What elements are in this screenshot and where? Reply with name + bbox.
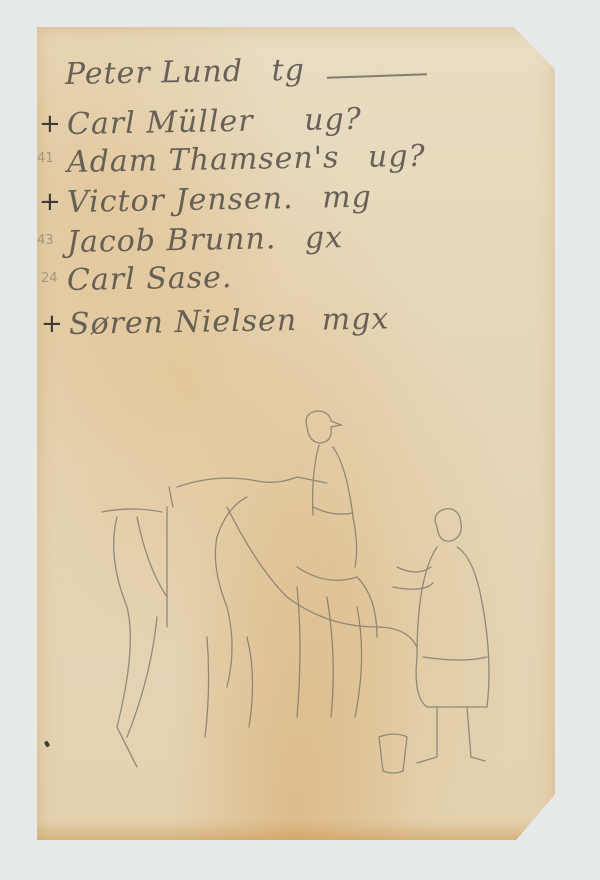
person-name: Peter Lund — [65, 54, 244, 92]
margin-number: 24 — [41, 271, 58, 286]
list-item: Carl Sase. — [67, 260, 233, 298]
person-name: Adam Thamsen's — [67, 140, 340, 180]
ink-speck — [44, 740, 50, 747]
person-note: tg — [271, 53, 305, 89]
horse-figure — [102, 477, 417, 767]
bucket — [379, 734, 407, 773]
list-item: Søren Nielsen mgx — [69, 301, 390, 342]
person-name: Carl Müller — [67, 104, 254, 142]
horse-rider-sketch — [97, 387, 517, 787]
list-item: Carl Müller ug? — [67, 102, 362, 142]
person-name: Carl Sase. — [67, 260, 233, 298]
person-note: ug? — [368, 139, 426, 175]
person-note: mg — [322, 180, 372, 216]
person-name: Victor Jensen. — [67, 181, 294, 220]
list-item: Victor Jensen. mg — [67, 180, 372, 220]
title-underline — [327, 73, 427, 78]
list-item: Adam Thamsen's ug? — [67, 139, 426, 180]
person-name: Søren Nielsen — [69, 303, 298, 342]
person-note: gx — [305, 220, 344, 256]
rider-figure — [306, 411, 356, 567]
paper-sheet: Peter Lund tg + Carl Müller ug? 41 Adam … — [37, 27, 555, 840]
person-note: mgx — [321, 301, 389, 337]
plus-mark: + — [39, 109, 61, 139]
person-name: Jacob Brunn. — [67, 221, 277, 260]
list-item: Jacob Brunn. gx — [67, 220, 344, 260]
margin-number: 41 — [37, 151, 54, 166]
plus-mark: + — [39, 187, 61, 217]
foxing-stain — [37, 820, 555, 840]
person-note: ug? — [304, 102, 362, 138]
list-item: Peter Lund tg — [65, 53, 305, 92]
margin-number: 43 — [37, 233, 54, 248]
plus-mark: + — [41, 309, 63, 339]
